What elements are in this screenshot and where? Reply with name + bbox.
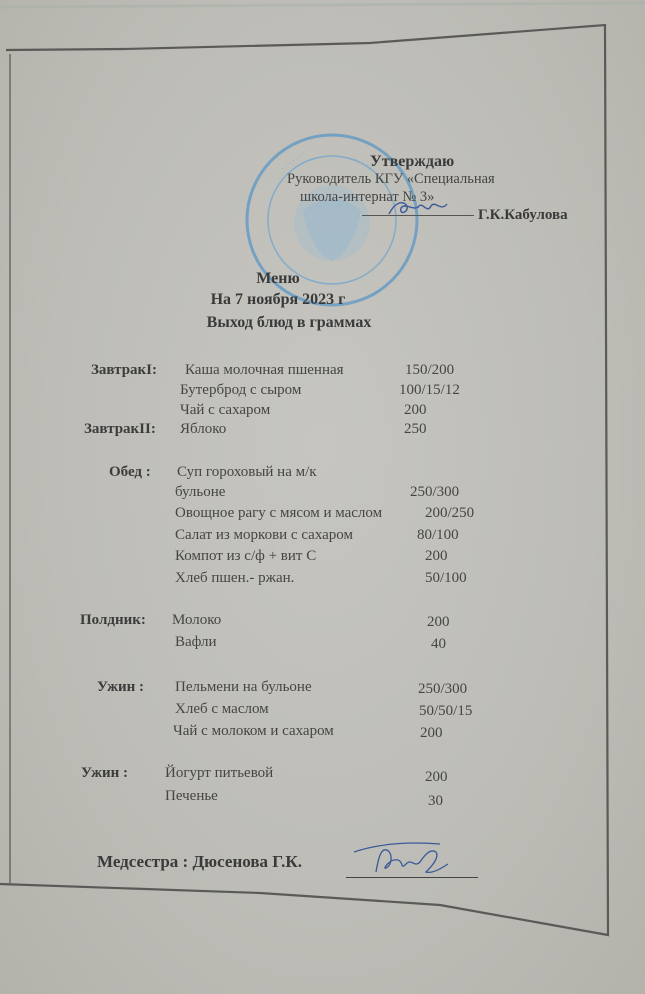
nurse-signature-icon xyxy=(350,838,460,882)
dish-name: Каша молочная пшенная xyxy=(185,362,344,379)
dish-qty: 200 xyxy=(425,769,448,786)
dish-name: Пельмени на бульоне xyxy=(175,679,312,696)
dish-qty: 80/100 xyxy=(417,527,459,544)
dish-qty: 200/250 xyxy=(425,505,474,522)
dish-name: Суп гороховый на м/к xyxy=(177,464,317,481)
nurse-signature-label: Медсестра : Дюсенова Г.К. xyxy=(97,852,302,872)
director-signature-icon xyxy=(385,196,455,220)
dish-name: Салат из моркови с сахаром xyxy=(175,527,353,544)
menu-date: На 7 ноября 2023 г xyxy=(128,291,428,309)
dish-name: Чай с сахаром xyxy=(180,402,270,419)
meal-label-breakfast2: ЗавтракII: xyxy=(84,421,156,438)
approval-signatory: Г.К.Кабулова xyxy=(478,207,568,224)
menu-subtitle: Выход блюд в граммах xyxy=(139,314,439,332)
dish-qty: 100/15/12 xyxy=(399,382,460,399)
meal-label-lunch: Обед : xyxy=(109,464,151,481)
dish-name: Йогурт питьевой xyxy=(165,765,273,782)
dish-name: Чай с молоком и сахаром xyxy=(173,723,334,740)
dish-qty: 40 xyxy=(431,636,446,653)
dish-qty: 150/200 xyxy=(405,362,454,379)
dish-qty: 30 xyxy=(428,793,443,810)
dish-qty: 200 xyxy=(425,548,448,565)
dish-name: Яблоко xyxy=(180,421,226,438)
dish-qty: 50/50/15 xyxy=(419,703,472,720)
approval-title: Утверждаю xyxy=(370,153,454,171)
dish-qty: 200 xyxy=(404,402,427,419)
dish-name: Вафли xyxy=(175,634,217,651)
dish-qty: 250 xyxy=(404,421,427,438)
dish-name: Молоко xyxy=(172,612,221,629)
meal-label-dinner1: Ужин : xyxy=(97,679,144,696)
dish-name: Хлеб с маслом xyxy=(175,701,269,718)
dish-name: Хлеб пшен.- ржан. xyxy=(175,570,294,587)
meal-label-dinner2: Ужин : xyxy=(81,765,128,782)
dish-name: Печенье xyxy=(165,788,218,805)
meal-label-snack: Полдник: xyxy=(80,612,146,629)
dish-qty: 250/300 xyxy=(418,681,467,698)
dish-name: бульоне xyxy=(175,484,225,501)
meal-label-breakfast1: ЗавтракI: xyxy=(91,362,157,379)
dish-name: Бутерброд с сыром xyxy=(180,382,301,399)
dish-name: Компот из с/ф + вит С xyxy=(175,548,316,565)
menu-title: Меню xyxy=(128,270,428,288)
dish-qty: 200 xyxy=(427,614,450,631)
dish-qty: 200 xyxy=(420,725,443,742)
dish-name: Овощное рагу с мясом и маслом xyxy=(175,505,382,522)
dish-qty: 50/100 xyxy=(425,570,467,587)
dish-qty: 250/300 xyxy=(410,484,459,501)
approval-position: Руководитель КГУ «Специальная xyxy=(287,171,495,188)
